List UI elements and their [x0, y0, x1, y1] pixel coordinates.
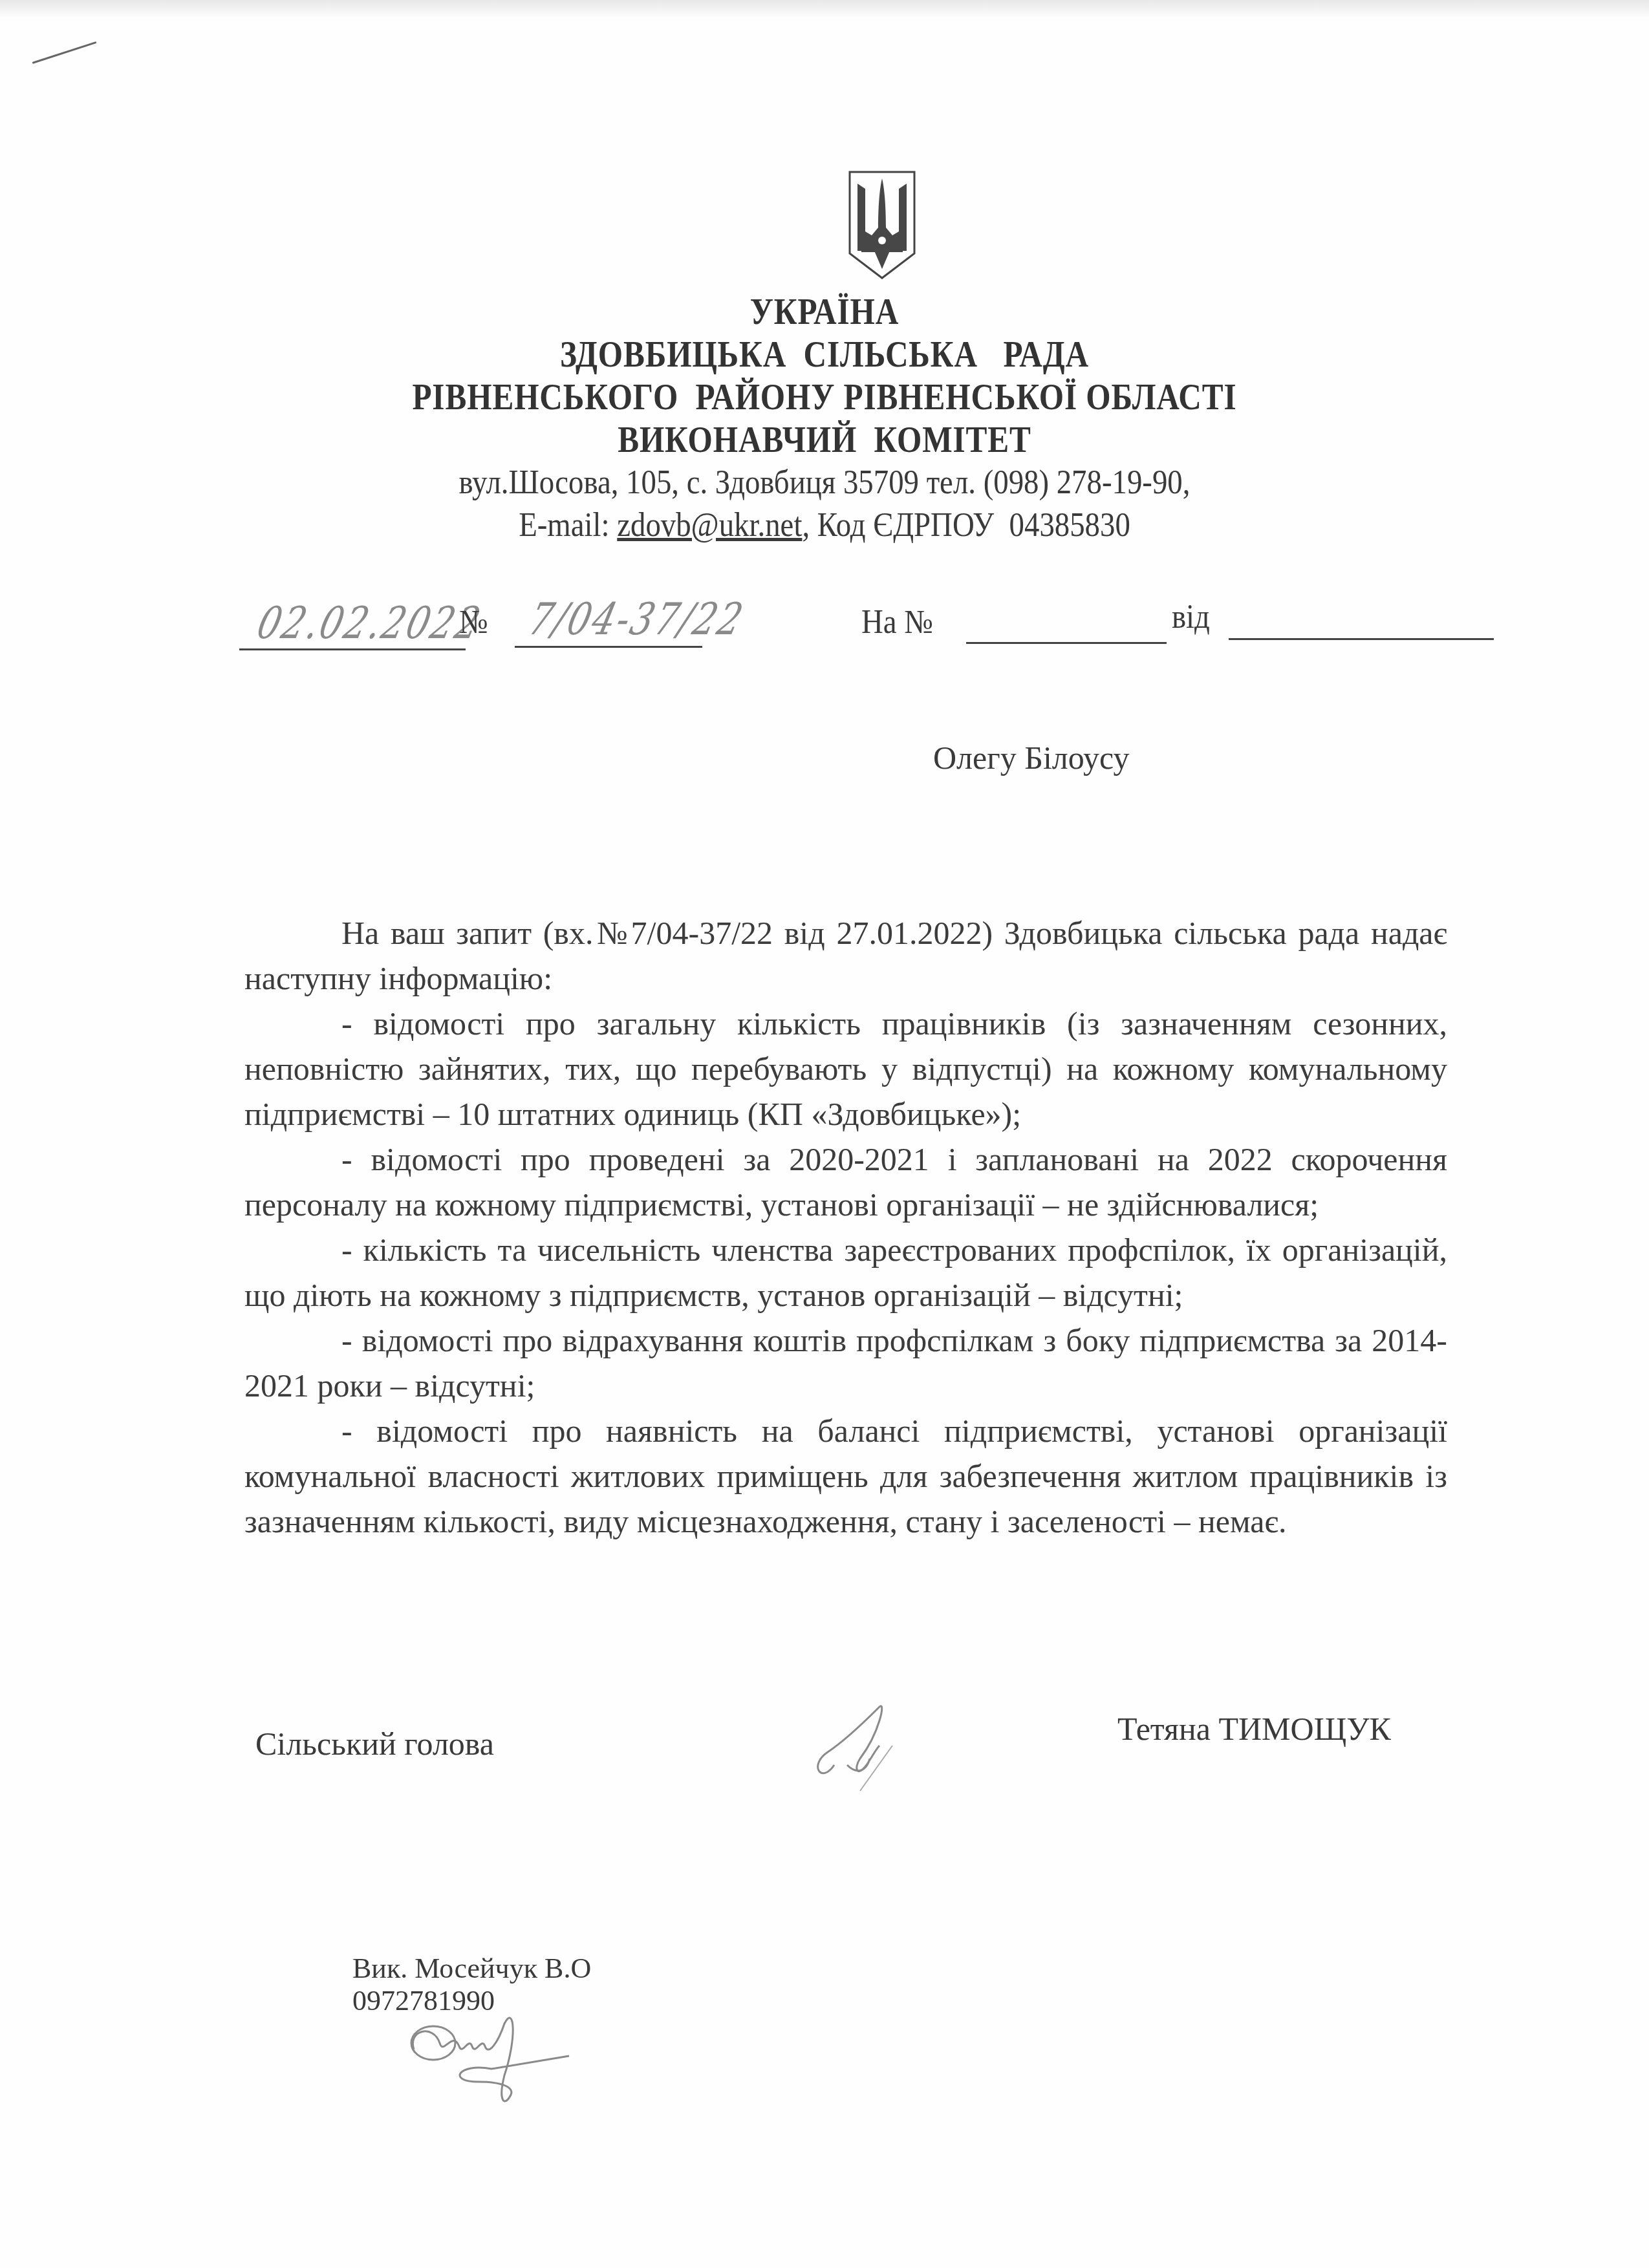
email-label: E-mail: — [519, 507, 617, 544]
signer-position: Сільський голова — [255, 1725, 494, 1762]
from-label: від — [1172, 598, 1210, 636]
item-trade-unions: - кількість та чисельність членства заре… — [244, 1227, 1447, 1318]
email-link[interactable]: zdovb@ukr.net — [617, 507, 802, 544]
handwritten-signature-icon — [795, 1694, 925, 1797]
reply-to-label: На № — [861, 603, 933, 641]
contact-line: E-mail: zdovb@ukr.net, Код ЄДРПОУ 043858… — [83, 504, 1567, 547]
pen-mark — [32, 41, 97, 64]
reference-line: 02.02.2022 № 7/04-37/22 На № від — [239, 598, 1500, 650]
date-underline — [239, 648, 466, 650]
committee-title: ВИКОНАВЧИЙ КОМІТЕТ — [99, 419, 1550, 462]
letterhead: УКРАЇНА ЗДОВБИЦЬКА СІЛЬСЬКА РАДА РІВНЕНС… — [0, 291, 1649, 547]
council-title: ЗДОВБИЦЬКА СІЛЬСЬКА РАДА — [99, 334, 1550, 376]
executor-block: Вик. Мосейчук В.О0972781990 — [352, 1952, 591, 2017]
number-underline — [515, 646, 702, 648]
handwritten-date: 02.02.2022 — [252, 598, 487, 649]
number-label: № — [459, 603, 488, 641]
intro-paragraph: На ваш запит (вх.№7/04-37/22 від 27.01.2… — [244, 910, 1447, 1001]
letter-page: УКРАЇНА ЗДОВБИЦЬКА СІЛЬСЬКА РАДА РІВНЕНС… — [0, 0, 1649, 2268]
handwritten-number: 7/04-37/22 — [524, 594, 749, 645]
address-line: вул.Шосова, 105, с. Здовбиця 35709 тел. … — [83, 462, 1567, 504]
item-union-contributions: - відомості про відрахування коштів проф… — [244, 1318, 1447, 1408]
item-employees: - відомості про загальну кількість праці… — [244, 1001, 1447, 1137]
edrpou-code: , Код ЄДРПОУ 04385830 — [802, 507, 1130, 544]
item-staff-reductions: - відомості про проведені за 2020-2021 і… — [244, 1137, 1447, 1227]
letter-body: На ваш запит (вх.№7/04-37/22 від 27.01.2… — [244, 910, 1447, 1544]
district-title: РІВНЕНСЬКОГО РАЙОНУ РІВНЕНСЬКОЇ ОБЛАСТІ — [99, 376, 1550, 419]
addressee: Олегу Білоусу — [933, 739, 1129, 776]
from-underline — [1229, 638, 1494, 640]
country-title: УКРАЇНА — [99, 291, 1550, 334]
executor-name: Вик. Мосейчук В.О — [352, 1952, 591, 1985]
reply-to-underline — [966, 642, 1167, 644]
item-housing: - відомості про наявність на балансі під… — [244, 1408, 1447, 1544]
signer-name: Тетяна ТИМОЩУК — [1117, 1710, 1391, 1748]
scan-edge-shadow — [0, 0, 1649, 18]
executor-signature-icon — [407, 2011, 601, 2127]
tryzub-coat-of-arms-icon — [846, 169, 918, 281]
